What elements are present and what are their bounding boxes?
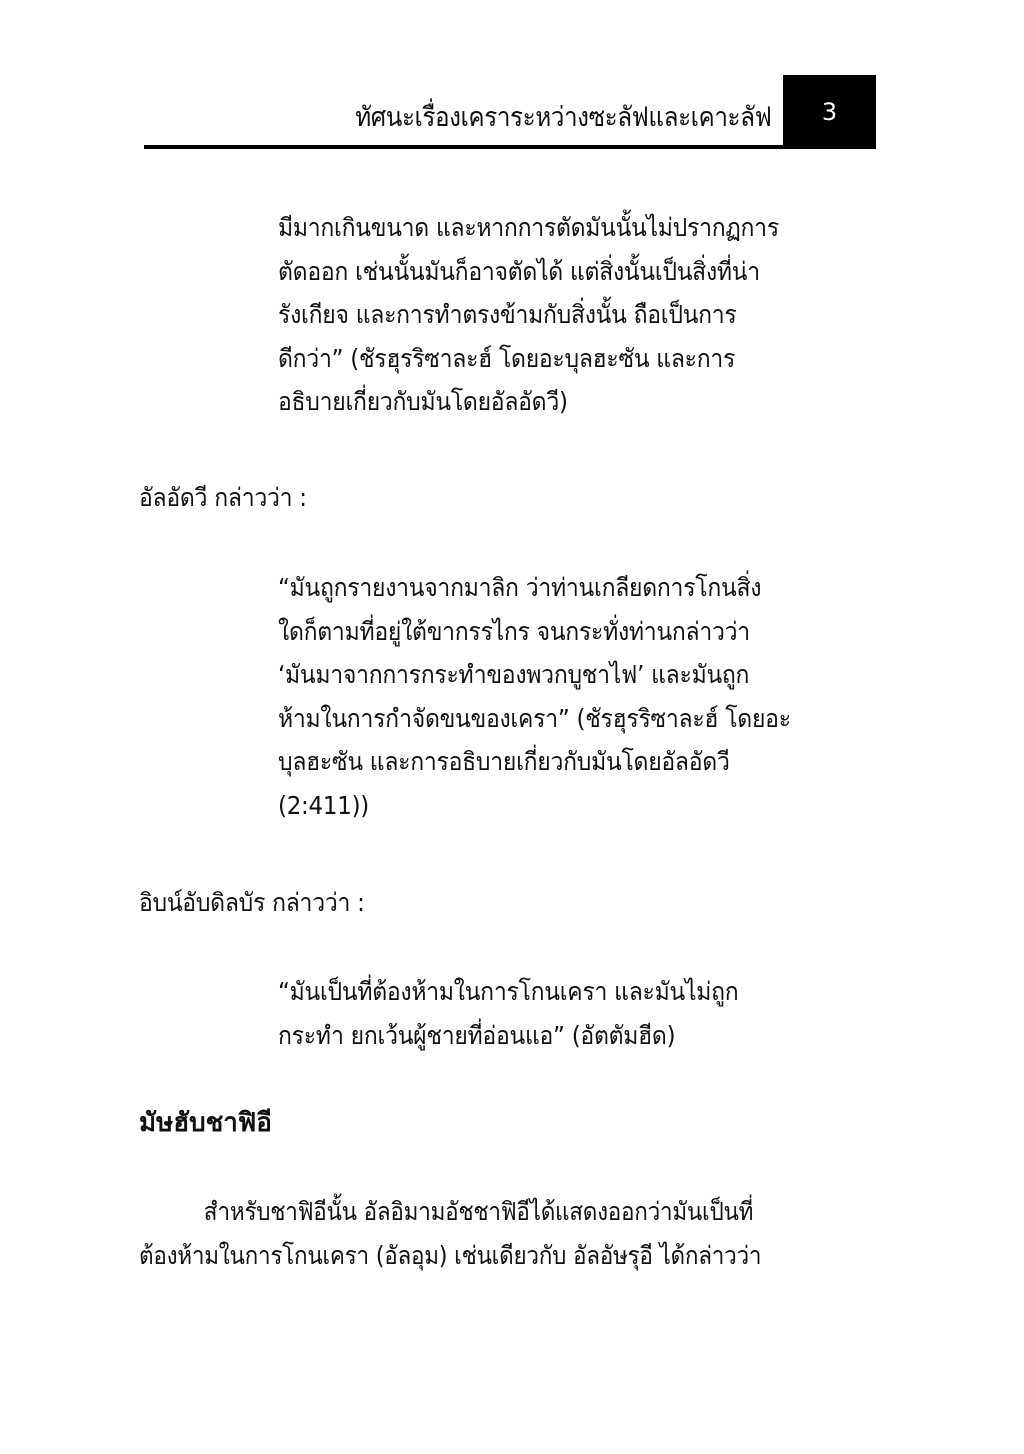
section-heading: มัษฮับชาฟิอี (139, 1102, 272, 1143)
paragraph-line: สำหรับชาฟิอีนั้น อัลอิมามอัชชาฟิอีได้แสด… (139, 1190, 761, 1234)
quote-line: ดีกว่า” (ชัรฮุรริซาละฮ์ โดยอะบุลฮะซัน แล… (278, 337, 779, 381)
quote-line: (2:411)) (278, 784, 791, 828)
speaker-text: อิบน์อับดิลบัร กล่าวว่า : (139, 883, 365, 923)
quote-line: ห้ามในการกำจัดขนของเครา” (ชัรฮุรริซาละฮ์… (278, 697, 791, 741)
block-quote-2: “มันถูกรายงานจากมาลิก ว่าท่านเกลียดการโก… (278, 566, 835, 827)
paragraph-line: ต้องห้ามในการโกนเครา (อัลอุม) เช่นเดียวก… (139, 1234, 761, 1278)
quote-line: กระทำ ยกเว้นผู้ชายที่อ่อนแอ” (อัตตัมฮีด) (278, 1014, 738, 1058)
block-quote-1: มีมากเกินขนาด และหากการตัดมันนั้นไม่ปราก… (278, 206, 822, 424)
running-title: ทัศนะเรื่องเคราระหว่างซะลัฟและเคาะลัฟ (355, 95, 771, 138)
header-rule (144, 145, 876, 149)
quote-line: ใดก็ตามที่อยู่ใต้ขากรรไกร จนกระทั่งท่านก… (278, 610, 791, 654)
quote-line: “มันถูกรายงานจากมาลิก ว่าท่านเกลียดการโก… (278, 566, 791, 610)
block-quote-3: “มันเป็นที่ต้องห้ามในการโกนเครา และมันไม… (278, 970, 778, 1057)
quote-line: ‘มันมาจากการกระทำของพวกบูชาไฟ’ และมันถูก (278, 653, 791, 697)
quote-line: มีมากเกินขนาด และหากการตัดมันนั้นไม่ปราก… (278, 206, 779, 250)
quote-line: รังเกียจ และการทำตรงข้ามกับสิ่งนั้น ถือเ… (278, 293, 779, 337)
document-page: ทัศนะเรื่องเคราระหว่างซะลัฟและเคาะลัฟ 3 … (0, 0, 1024, 1454)
quote-line: อธิบายเกี่ยวกับมันโดยอัลอัดวี) (278, 380, 779, 424)
body-paragraph: สำหรับชาฟิอีนั้น อัลอิมามอัชชาฟิอีได้แสด… (139, 1190, 830, 1277)
speaker-text: อัลอัดวี กล่าวว่า : (139, 478, 307, 518)
speaker-label-2: อิบน์อับดิลบัร กล่าวว่า : (139, 883, 384, 923)
speaker-label-1: อัลอัดวี กล่าวว่า : (139, 478, 321, 518)
page-number-box: 3 (783, 75, 876, 149)
quote-line: ตัดออก เช่นนั้นมันก็อาจตัดได้ แต่สิ่งนั้… (278, 250, 779, 294)
running-header: ทัศนะเรื่องเคราระหว่างซะลัฟและเคาะลัฟ 3 (144, 75, 876, 149)
page-number: 3 (822, 98, 837, 126)
quote-line: บุลฮะซัน และการอธิบายเกี่ยวกับมันโดยอัลอ… (278, 740, 791, 784)
quote-line: “มันเป็นที่ต้องห้ามในการโกนเครา และมันไม… (278, 970, 738, 1014)
